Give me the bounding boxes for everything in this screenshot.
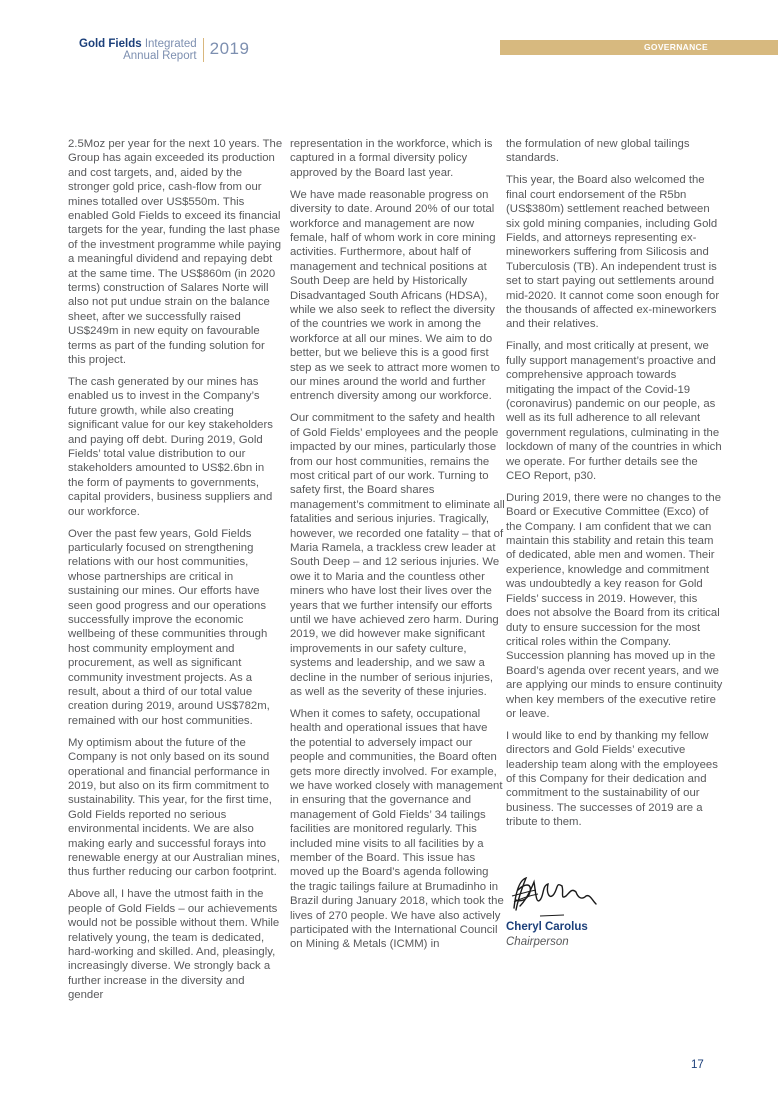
- signatory-name: Cheryl Carolus: [506, 921, 588, 933]
- text-column-3: the formulation of new global tailings s…: [506, 137, 724, 837]
- signature-icon: [506, 870, 606, 920]
- section-banner: GOVERNANCE: [500, 40, 778, 55]
- paragraph: During 2019, there were no changes to th…: [506, 491, 724, 722]
- signatory-title: Chairperson: [506, 936, 569, 948]
- brand-integrated: Integrated: [145, 38, 197, 50]
- text-column-1: 2.5Moz per year for the next 10 years. T…: [68, 137, 283, 1010]
- paragraph: Above all, I have the utmost faith in th…: [68, 887, 283, 1002]
- paragraph: 2.5Moz per year for the next 10 years. T…: [68, 137, 283, 368]
- paragraph: I would like to end by thanking my fello…: [506, 729, 724, 830]
- paragraph: We have made reasonable progress on dive…: [290, 188, 505, 404]
- paragraph: The cash generated by our mines has enab…: [68, 375, 283, 519]
- brand-annual-report: Annual Report: [79, 50, 197, 62]
- paragraph: My optimism about the future of the Comp…: [68, 736, 283, 880]
- page-number: 17: [691, 1059, 704, 1071]
- paragraph: This year, the Board also welcomed the f…: [506, 173, 724, 331]
- brand-divider: [203, 38, 204, 62]
- paragraph: Our commitment to the safety and health …: [290, 411, 505, 699]
- paragraph: Over the past few years, Gold Fields par…: [68, 527, 283, 729]
- paragraph: the formulation of new global tailings s…: [506, 137, 724, 166]
- text-column-2: representation in the workforce, which i…: [290, 137, 505, 959]
- brand-text: Gold Fields Integrated Annual Report: [79, 38, 197, 62]
- paragraph: Finally, and most critically at present,…: [506, 339, 724, 483]
- brand-name: Gold Fields: [79, 38, 142, 50]
- report-brand: Gold Fields Integrated Annual Report 201…: [79, 38, 249, 62]
- report-year: 2019: [210, 38, 250, 60]
- paragraph: representation in the workforce, which i…: [290, 137, 505, 180]
- paragraph: When it comes to safety, occupational he…: [290, 707, 505, 952]
